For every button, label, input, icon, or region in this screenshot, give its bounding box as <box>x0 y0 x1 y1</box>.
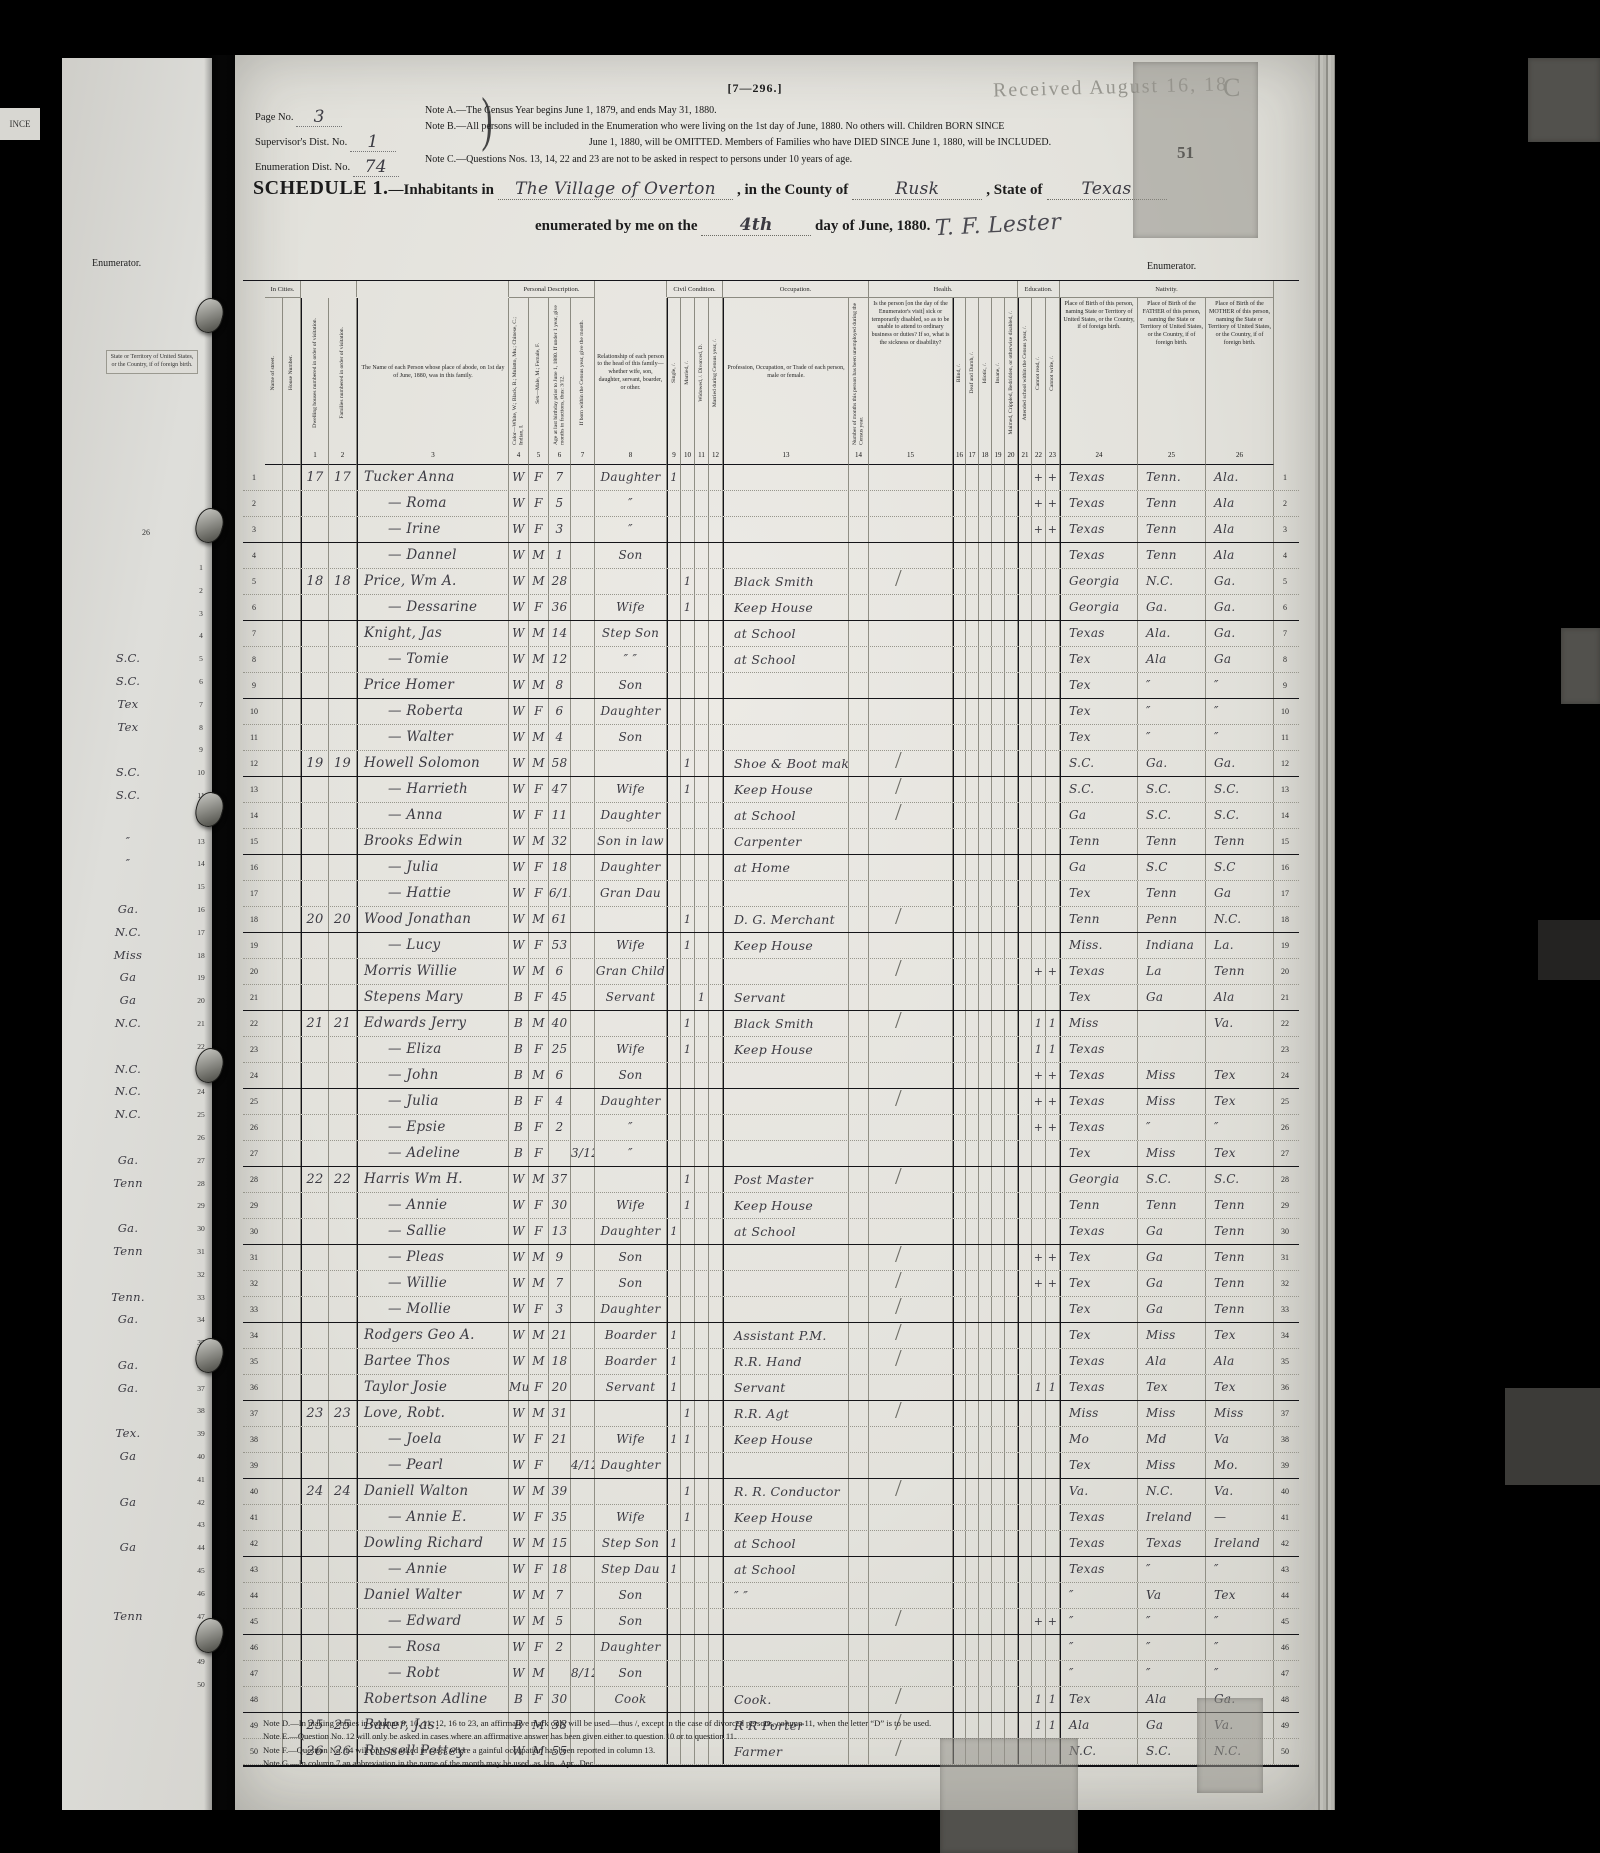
cell-school-mark <box>1018 595 1032 620</box>
cell-birthplace: Tex <box>1060 647 1138 672</box>
cell-unemployed-months <box>849 1401 869 1426</box>
prev-page-entry: Tex. <box>76 1422 180 1444</box>
cell-dwelling-number <box>301 1661 329 1686</box>
cell-deaf-mark <box>966 1323 979 1348</box>
cell-dwelling-number <box>301 1505 329 1530</box>
cell-birth-month <box>571 1089 595 1114</box>
cell-widowed-mark <box>695 1349 709 1374</box>
cell-house-number <box>283 1271 301 1296</box>
cell-widowed-mark <box>695 829 709 854</box>
cell-sex: M <box>529 1271 549 1296</box>
cell-insane-mark <box>992 1557 1005 1582</box>
cell-relationship: Servant <box>595 985 667 1010</box>
cell-blind-mark <box>953 907 966 932</box>
cell-row-number-left: 32 <box>243 1271 265 1296</box>
cell-school-mark <box>1018 1011 1032 1036</box>
cell-relationship <box>595 569 667 594</box>
cell-school-mark <box>1018 1141 1032 1166</box>
cell-blind-mark <box>953 1115 966 1140</box>
cell-birth-month <box>571 1635 595 1660</box>
cell-widowed-mark <box>695 1297 709 1322</box>
cell-sickness <box>869 1063 953 1088</box>
prev-page-row: 50 <box>62 1673 212 1696</box>
cell-row-number-left: 5 <box>243 569 265 594</box>
cell-relationship: Wife <box>595 777 667 802</box>
cell-row-number-left: 25 <box>243 1089 265 1114</box>
cell-cannot-write-mark <box>1046 985 1060 1010</box>
cell-married-mark <box>681 491 695 516</box>
cell-sex: M <box>529 1011 549 1036</box>
cell-unemployed-months <box>849 465 869 490</box>
cell-row-number-left: 21 <box>243 985 265 1010</box>
cell-cannot-write-mark <box>1046 1297 1060 1322</box>
cell-house-number <box>283 1427 301 1452</box>
header-deaf-and-dumb: Deaf and Dumb, /. <box>969 350 976 395</box>
cell-row-number-right: 44 <box>1274 1583 1296 1608</box>
cell-married-mark <box>681 985 695 1010</box>
prev-page-entry: Tenn <box>76 1172 180 1194</box>
cell-row-number-left: 33 <box>243 1297 265 1322</box>
cell-single-mark <box>667 725 681 750</box>
cell-color: B <box>509 1089 529 1114</box>
cell-married-mark <box>681 829 695 854</box>
cell-unemployed-months <box>849 595 869 620</box>
table-row: 3— IrineWF3″++TexasTennAla3 <box>243 517 1299 543</box>
cell-color: W <box>509 1427 529 1452</box>
cell-dwelling-number <box>301 959 329 984</box>
cell-birth-month <box>571 1609 595 1634</box>
cell-father-birthplace: Md <box>1138 1427 1206 1452</box>
cell-sickness <box>869 855 953 880</box>
cell-color: W <box>509 1167 529 1192</box>
cell-blind-mark <box>953 1583 966 1608</box>
cell-deaf-mark <box>966 517 979 542</box>
cell-unemployed-months <box>849 1661 869 1686</box>
cell-street-name <box>265 725 283 750</box>
cell-idiotic-mark <box>979 699 992 724</box>
cell-age: 3 <box>549 517 571 542</box>
cell-unemployed-months <box>849 1297 869 1322</box>
cell-maimed-mark <box>1005 491 1018 516</box>
cell-deaf-mark <box>966 1349 979 1374</box>
cell-birth-month <box>571 621 595 646</box>
cell-insane-mark <box>992 1115 1005 1140</box>
cell-row-number-right: 36 <box>1274 1375 1296 1400</box>
cell-age: 15 <box>549 1531 571 1556</box>
cell-birthplace: ″ <box>1060 1583 1138 1608</box>
cell-row-number-left: 31 <box>243 1245 265 1270</box>
cell-cannot-read-mark <box>1032 621 1046 646</box>
cell-family-number <box>329 1245 357 1270</box>
cell-father-birthplace: Ala. <box>1138 621 1206 646</box>
cell-cannot-read-mark <box>1032 725 1046 750</box>
cell-birthplace: Tenn <box>1060 907 1138 932</box>
cell-cannot-read-mark <box>1032 1323 1046 1348</box>
cell-married-mark <box>681 621 695 646</box>
cell-occupation <box>723 673 849 698</box>
cell-street-name <box>265 1167 283 1192</box>
cell-occupation: Keep House <box>723 595 849 620</box>
cell-single-mark: 1 <box>667 465 681 490</box>
cell-relationship <box>595 1401 667 1426</box>
cell-school-mark <box>1018 933 1032 958</box>
cell-birthplace: Texas <box>1060 1375 1138 1400</box>
cell-cannot-write-mark <box>1046 1505 1060 1530</box>
cell-blind-mark <box>953 569 966 594</box>
cell-birthplace: Texas <box>1060 465 1138 490</box>
cell-relationship: Son <box>595 1661 667 1686</box>
cell-occupation: Cook. <box>723 1687 849 1712</box>
cell-occupation <box>723 1063 849 1088</box>
prev-page-row: 2 <box>62 579 212 602</box>
cell-relationship: Son <box>595 543 667 568</box>
cell-widowed-mark <box>695 1271 709 1296</box>
table-row: 19— LucyWF53Wife1Keep HouseMiss.IndianaL… <box>243 933 1299 959</box>
cell-single-mark <box>667 1245 681 1270</box>
cell-blind-mark <box>953 1479 966 1504</box>
cell-row-number-left: 24 <box>243 1063 265 1088</box>
cell-deaf-mark <box>966 1297 979 1322</box>
cell-birthplace: Ga <box>1060 855 1138 880</box>
cell-birthplace: Ga <box>1060 803 1138 828</box>
cell-father-birthplace: Ga. <box>1138 595 1206 620</box>
cell-sex: F <box>529 1037 549 1062</box>
cell-maimed-mark <box>1005 1193 1018 1218</box>
cell-single-mark <box>667 1453 681 1478</box>
cell-family-number <box>329 1687 357 1712</box>
cell-school-mark <box>1018 803 1032 828</box>
cell-unemployed-months <box>849 1349 869 1374</box>
prev-page-row: ″14 <box>62 852 212 875</box>
cell-dwelling-number: 18 <box>301 569 329 594</box>
cell-color: W <box>509 1505 529 1530</box>
cell-single-mark: 1 <box>667 1427 681 1452</box>
cell-sickness: / <box>869 959 953 984</box>
cell-cannot-read-mark: + <box>1032 1245 1046 1270</box>
table-row: 7Knight, JasWM14Step Sonat SchoolTexasAl… <box>243 621 1299 647</box>
cell-street-name <box>265 1609 283 1634</box>
cell-maimed-mark <box>1005 1141 1018 1166</box>
cell-idiotic-mark <box>979 725 992 750</box>
cell-row-number-right: 7 <box>1274 621 1296 646</box>
cell-deaf-mark <box>966 543 979 568</box>
cell-age: 8 <box>549 673 571 698</box>
cell-sickness <box>869 1531 953 1556</box>
cell-street-name <box>265 1557 283 1582</box>
prev-page-row: 29 <box>62 1194 212 1217</box>
cell-birth-month <box>571 1505 595 1530</box>
cell-birth-month <box>571 1375 595 1400</box>
cell-family-number <box>329 1297 357 1322</box>
cell-cannot-read-mark: + <box>1032 959 1046 984</box>
table-row: 10— RobertaWF6DaughterTex″″10 <box>243 699 1299 725</box>
cell-family-number <box>329 855 357 880</box>
schedule-title: SCHEDULE 1. <box>253 177 389 199</box>
table-row: 6— DessarineWF36Wife1Keep HouseGeorgiaGa… <box>243 595 1299 621</box>
prev-page-entry: S.C. <box>76 647 180 669</box>
cell-birthplace: Tenn <box>1060 829 1138 854</box>
prev-page-entry: Ga. <box>76 1149 180 1171</box>
header-single: Single, /. <box>671 361 678 385</box>
cell-deaf-mark <box>966 1583 979 1608</box>
cell-street-name <box>265 1193 283 1218</box>
prev-page-entry: Miss <box>76 944 180 966</box>
cell-father-birthplace: Tenn <box>1138 881 1206 906</box>
cell-row-number-right: 41 <box>1274 1505 1296 1530</box>
cell-sex: F <box>529 1297 549 1322</box>
cell-street-name <box>265 1453 283 1478</box>
cell-occupation <box>723 491 849 516</box>
cell-dwelling-number <box>301 881 329 906</box>
cell-married-census-mark <box>709 1219 723 1244</box>
schedule-pre: —Inhabitants in <box>389 182 494 198</box>
cell-house-number <box>283 1193 301 1218</box>
cell-maimed-mark <box>1005 1427 1018 1452</box>
cell-single-mark: 1 <box>667 1557 681 1582</box>
cell-color: W <box>509 569 529 594</box>
cell-insane-mark <box>992 1323 1005 1348</box>
cell-blind-mark <box>953 1531 966 1556</box>
cell-cannot-read-mark <box>1032 543 1046 568</box>
cell-married-census-mark <box>709 1609 723 1634</box>
cell-row-number-right: 50 <box>1274 1739 1296 1764</box>
cell-deaf-mark <box>966 621 979 646</box>
prev-page-entry: Ga. <box>76 1308 180 1330</box>
cell-widowed-mark <box>695 673 709 698</box>
table-row: 11— WalterWM4SonTex″″11 <box>243 725 1299 751</box>
prev-page-row: N.C.24 <box>62 1080 212 1103</box>
cell-insane-mark <box>992 1271 1005 1296</box>
cell-father-birthplace: Miss <box>1138 1063 1206 1088</box>
cell-dwelling-number <box>301 1141 329 1166</box>
cell-dwelling-number <box>301 829 329 854</box>
cell-house-number <box>283 881 301 906</box>
cell-mother-birthplace: Tenn <box>1206 1271 1274 1296</box>
cell-family-number <box>329 1583 357 1608</box>
cell-father-birthplace: N.C. <box>1138 569 1206 594</box>
cell-dwelling-number <box>301 803 329 828</box>
cell-unemployed-months <box>849 933 869 958</box>
cell-widowed-mark <box>695 1531 709 1556</box>
cell-birthplace: S.C. <box>1060 777 1138 802</box>
prev-page-row: 1 <box>62 556 212 579</box>
cell-married-census-mark <box>709 1635 723 1660</box>
cell-idiotic-mark <box>979 673 992 698</box>
enum-day-value: 4th <box>701 215 811 236</box>
cell-maimed-mark <box>1005 621 1018 646</box>
cell-birth-month <box>571 933 595 958</box>
cell-father-birthplace: S.C. <box>1138 1167 1206 1192</box>
cell-unemployed-months <box>849 1011 869 1036</box>
cell-person-name: — Mollie <box>357 1297 509 1322</box>
cell-father-birthplace: S.C <box>1138 855 1206 880</box>
cell-sex: F <box>529 933 549 958</box>
cell-idiotic-mark <box>979 777 992 802</box>
cell-father-birthplace: Miss <box>1138 1141 1206 1166</box>
scanned-census-page: { "stamp": {"received": "Received August… <box>0 0 1600 1853</box>
cell-cannot-write-mark <box>1046 1349 1060 1374</box>
cell-color: W <box>509 1245 529 1270</box>
cell-mother-birthplace: — <box>1206 1505 1274 1530</box>
tape-piece <box>1561 628 1600 704</box>
cell-married-mark <box>681 1375 695 1400</box>
cell-color: W <box>509 1401 529 1426</box>
cell-age: 9 <box>549 1245 571 1270</box>
cell-married-mark <box>681 1557 695 1582</box>
cell-father-birthplace: Ga <box>1138 1271 1206 1296</box>
cell-idiotic-mark <box>979 543 992 568</box>
cell-unemployed-months <box>849 1115 869 1140</box>
cell-blind-mark <box>953 673 966 698</box>
cell-cannot-write-mark <box>1046 569 1060 594</box>
cell-deaf-mark <box>966 985 979 1010</box>
cell-blind-mark <box>953 1167 966 1192</box>
cell-cannot-write-mark: + <box>1046 465 1060 490</box>
cell-school-mark <box>1018 1115 1032 1140</box>
cell-row-number-left: 27 <box>243 1141 265 1166</box>
dark-debris <box>1538 920 1600 980</box>
cell-mother-birthplace: Ala <box>1206 1349 1274 1374</box>
cell-deaf-mark <box>966 1037 979 1062</box>
cell-married-census-mark <box>709 1479 723 1504</box>
cell-married-mark <box>681 647 695 672</box>
cell-cannot-write-mark: + <box>1046 1271 1060 1296</box>
cell-dwelling-number: 21 <box>301 1011 329 1036</box>
cell-dwelling-number <box>301 1219 329 1244</box>
cell-house-number <box>283 725 301 750</box>
cell-insane-mark <box>992 647 1005 672</box>
header-married-census-year: Married during Census year, /. <box>712 337 719 409</box>
cell-birthplace: Texas <box>1060 1219 1138 1244</box>
cell-row-number-left: 28 <box>243 1167 265 1192</box>
cell-row-number-left: 12 <box>243 751 265 776</box>
cell-unemployed-months <box>849 1167 869 1192</box>
cell-cannot-read-mark: + <box>1032 1115 1046 1140</box>
cell-idiotic-mark <box>979 1609 992 1634</box>
cell-birthplace: Texas <box>1060 517 1138 542</box>
cell-color: W <box>509 491 529 516</box>
cell-street-name <box>265 1271 283 1296</box>
table-column-headers: Name of street. House Number. Dwelling h… <box>243 298 1299 448</box>
cell-married-census-mark <box>709 621 723 646</box>
cell-sex: F <box>529 1687 549 1712</box>
cell-blind-mark <box>953 777 966 802</box>
cell-birthplace: Tex <box>1060 1453 1138 1478</box>
cell-father-birthplace: Ga <box>1138 1245 1206 1270</box>
cell-married-mark <box>681 1141 695 1166</box>
cell-house-number <box>283 517 301 542</box>
cell-house-number <box>283 595 301 620</box>
cell-maimed-mark <box>1005 855 1018 880</box>
cell-father-birthplace: Tenn <box>1138 517 1206 542</box>
cell-mother-birthplace: Ireland <box>1206 1531 1274 1556</box>
cell-mother-birthplace: ″ <box>1206 725 1274 750</box>
header-house-number: House Number. <box>288 353 295 392</box>
cell-color: W <box>509 595 529 620</box>
cell-person-name: — Tomie <box>357 647 509 672</box>
cell-color: W <box>509 1635 529 1660</box>
cell-row-number-left: 3 <box>243 517 265 542</box>
cell-married-census-mark <box>709 595 723 620</box>
cell-married-mark <box>681 1271 695 1296</box>
cell-row-number-right: 3 <box>1274 517 1296 542</box>
cell-deaf-mark <box>966 1245 979 1270</box>
cell-color: W <box>509 855 529 880</box>
cell-birthplace: Texas <box>1060 1063 1138 1088</box>
cell-age: 18 <box>549 855 571 880</box>
cell-father-birthplace: ″ <box>1138 725 1206 750</box>
cell-sickness: / <box>869 1479 953 1504</box>
cell-school-mark <box>1018 855 1032 880</box>
cell-married-mark: 1 <box>681 907 695 932</box>
cell-sex: F <box>529 465 549 490</box>
cell-house-number <box>283 1037 301 1062</box>
cell-married-mark <box>681 673 695 698</box>
cell-blind-mark <box>953 1635 966 1660</box>
cell-cannot-read-mark <box>1032 647 1046 672</box>
cell-birth-month <box>571 1583 595 1608</box>
cell-age: 35 <box>549 1505 571 1530</box>
cell-row-number-right: 5 <box>1274 569 1296 594</box>
cell-single-mark <box>667 1401 681 1426</box>
cell-blind-mark <box>953 1037 966 1062</box>
cell-single-mark <box>667 1037 681 1062</box>
cell-cannot-read-mark <box>1032 1479 1046 1504</box>
cell-blind-mark <box>953 725 966 750</box>
cell-single-mark <box>667 777 681 802</box>
cell-row-number-left: 18 <box>243 907 265 932</box>
page-no-value: 3 <box>296 108 342 127</box>
cell-father-birthplace: ″ <box>1138 699 1206 724</box>
cell-married-mark <box>681 1349 695 1374</box>
cell-street-name <box>265 1583 283 1608</box>
cell-family-number <box>329 1063 357 1088</box>
cell-maimed-mark <box>1005 1011 1018 1036</box>
cell-sickness <box>869 1505 953 1530</box>
cell-row-number-right: 13 <box>1274 777 1296 802</box>
cell-deaf-mark <box>966 1661 979 1686</box>
cell-row-number-left: 6 <box>243 595 265 620</box>
cell-age: 18 <box>549 1349 571 1374</box>
table-row: 4— DannelWM1SonTexasTennAla4 <box>243 543 1299 569</box>
cell-person-name: — Julia <box>357 855 509 880</box>
cell-widowed-mark <box>695 1557 709 1582</box>
header-attended-school: Attended school within the Census year, … <box>1022 324 1029 423</box>
cell-person-name: — Willie <box>357 1271 509 1296</box>
cell-family-number <box>329 985 357 1010</box>
table-row: 222121Edwards JerryBM401Black Smith/11Mi… <box>243 1011 1299 1037</box>
cell-father-birthplace: Ga <box>1138 1219 1206 1244</box>
header-sickness: Is the person [on the day of the Enumera… <box>869 298 952 351</box>
cell-single-mark <box>667 595 681 620</box>
cell-birthplace: Georgia <box>1060 569 1138 594</box>
cell-widowed-mark <box>695 751 709 776</box>
cell-school-mark <box>1018 569 1032 594</box>
cell-school-mark <box>1018 1531 1032 1556</box>
cell-father-birthplace: Tenn <box>1138 491 1206 516</box>
cell-mother-birthplace: Ga. <box>1206 621 1274 646</box>
cell-idiotic-mark <box>979 465 992 490</box>
cell-row-number-right: 8 <box>1274 647 1296 672</box>
cell-house-number <box>283 1479 301 1504</box>
cell-cannot-write-mark: + <box>1046 1609 1060 1634</box>
cell-sex: F <box>529 803 549 828</box>
cell-cannot-write-mark <box>1046 647 1060 672</box>
cell-birthplace: ″ <box>1060 1609 1138 1634</box>
cell-deaf-mark <box>966 1453 979 1478</box>
cell-cannot-read-mark <box>1032 803 1046 828</box>
cell-father-birthplace: Ala <box>1138 1687 1206 1712</box>
